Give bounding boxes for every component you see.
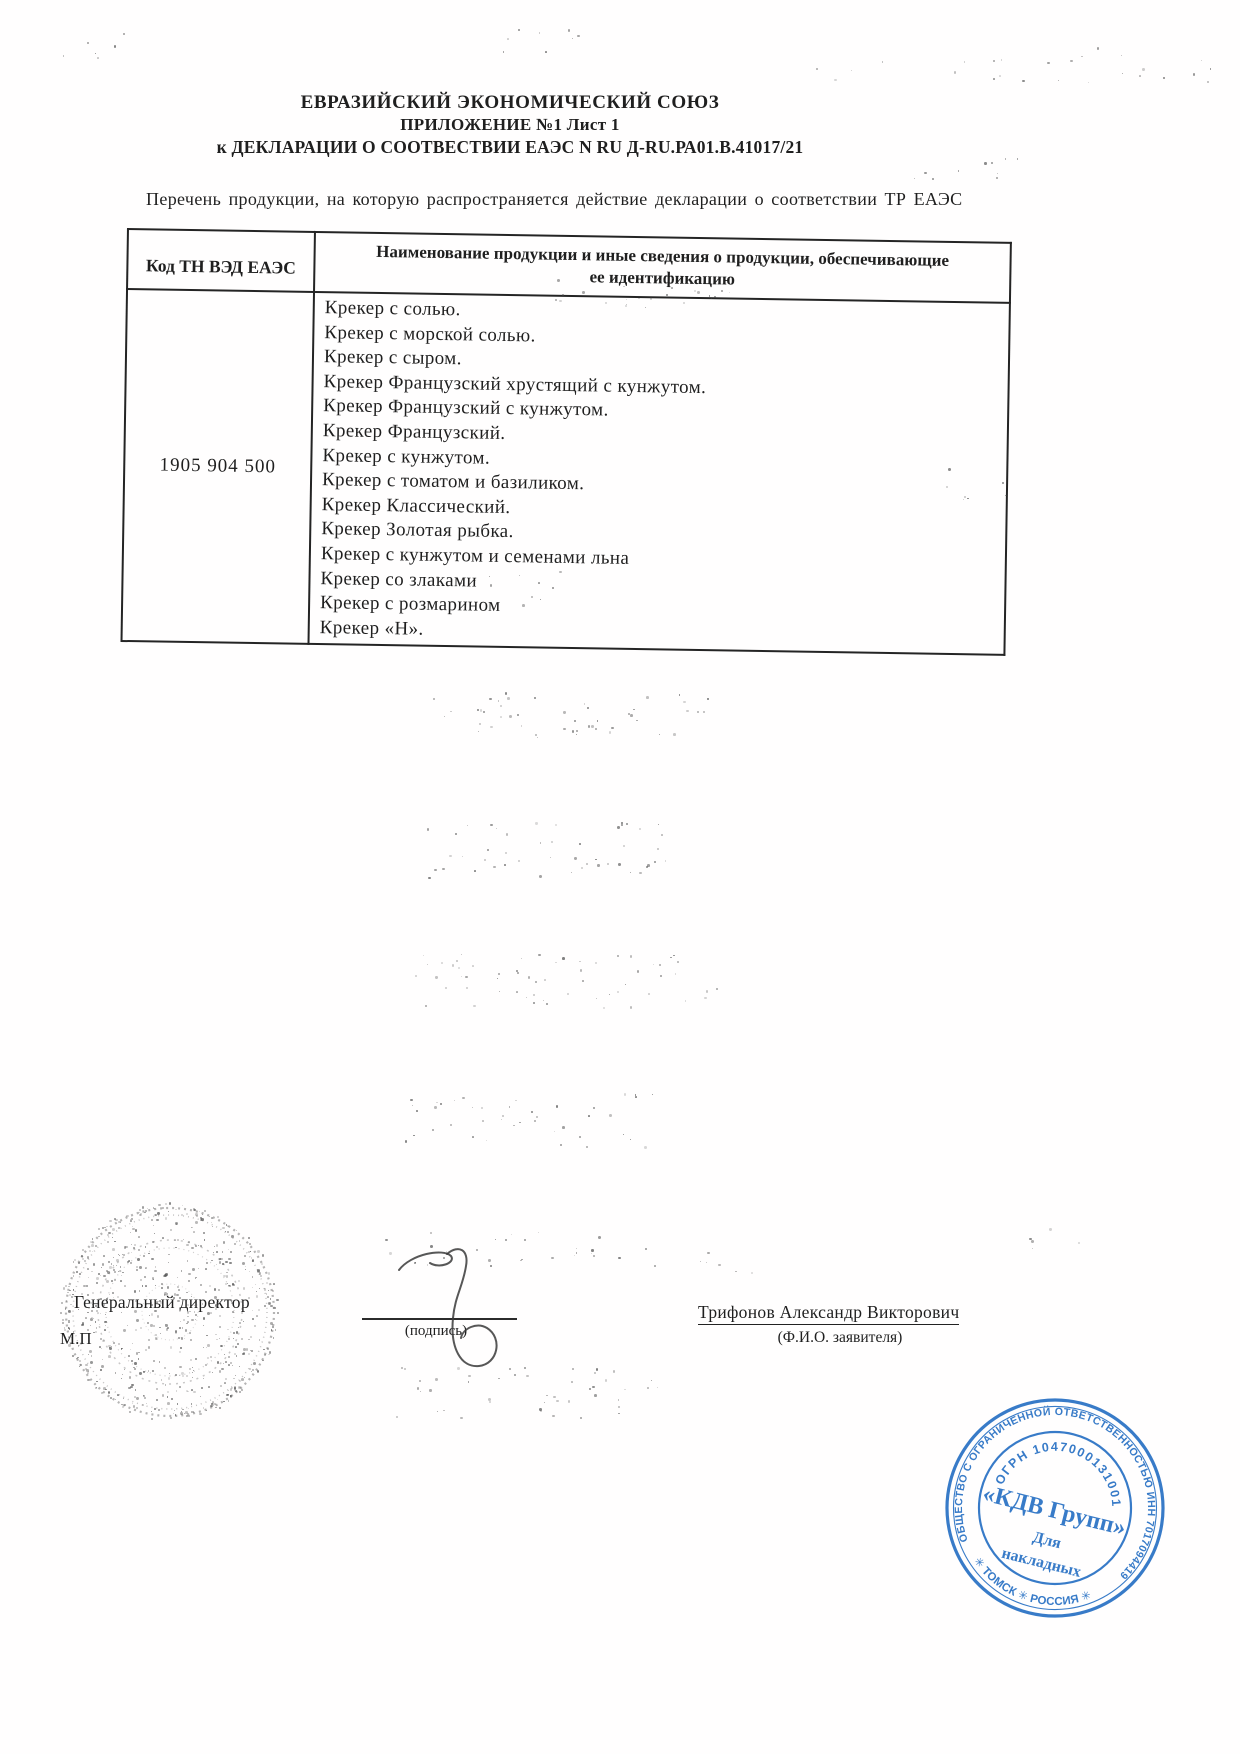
- scan-noise-layer: [0, 0, 1240, 1754]
- document-page: ЕВРАЗИЙСКИЙ ЭКОНОМИЧЕСКИЙ СОЮЗ ПРИЛОЖЕНИ…: [0, 0, 1240, 1754]
